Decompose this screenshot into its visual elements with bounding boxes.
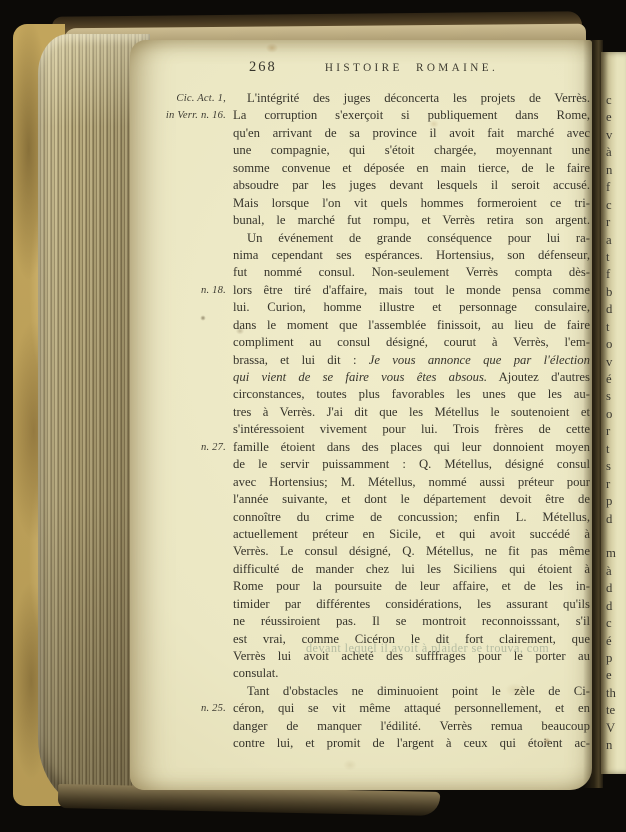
facing-page-letter: r xyxy=(601,476,626,493)
facing-page-letter: c xyxy=(601,615,626,632)
facing-page-letter: s xyxy=(601,458,626,475)
text-line: une compagnie, qui s'étoit chargée, moye… xyxy=(233,142,590,159)
facing-page-letter: c xyxy=(601,197,626,214)
running-title: HISTOIRE ROMAINE. xyxy=(233,58,590,74)
facing-page-letter: a xyxy=(601,232,626,249)
text-line: n. 25.céron, qui se vit même attaqué per… xyxy=(233,700,590,717)
gutter-shadow xyxy=(583,40,603,788)
facing-page-letter: e xyxy=(601,109,626,126)
facing-page-letter: te xyxy=(601,702,626,719)
text-line: s'intéressoient vivement pour lui. Trois… xyxy=(233,421,590,438)
margin-note: Cic. Act. 1, xyxy=(176,90,226,107)
text-line: brassa, et lui dit : Je vous annonce que… xyxy=(233,352,590,369)
text-line: compliment au consul désigné, courut à V… xyxy=(233,334,590,351)
facing-page-letter: r xyxy=(601,423,626,440)
facing-page-letter: v xyxy=(601,354,626,371)
facing-page-letter: f xyxy=(601,266,626,283)
facing-page-letter xyxy=(601,528,626,545)
text-line: nima cependant ses espérances. Hortensiu… xyxy=(233,247,590,264)
text-line: lui. Curion, homme illustre et personnag… xyxy=(233,299,590,316)
page-number: 268 xyxy=(249,59,277,76)
margin-note: n. 18. xyxy=(201,282,226,299)
text-line: absoudre par les juges devant lesquels i… xyxy=(233,177,590,194)
page-header: 268 HISTOIRE ROMAINE. xyxy=(233,58,590,80)
text-line: tres à Verrès. J'ai dit que les Métellus… xyxy=(233,404,590,421)
facing-page-letter: n xyxy=(601,162,626,179)
text-line: Rome pour la poursuite de leur affaire, … xyxy=(233,578,590,595)
facing-page-sliver: cevànfcratfbdtovésortsrpdmàddcépethteVn xyxy=(601,52,626,774)
text-line: ne réussiroient pas. Il se montroit reco… xyxy=(233,613,590,630)
text-line: n. 27.famille étoient dans des places qu… xyxy=(233,439,590,456)
facing-page-letter: o xyxy=(601,336,626,353)
text-line: fut nommé consul. Non-seulement Verrès c… xyxy=(233,264,590,281)
facing-page-letter: V xyxy=(601,720,626,737)
text-line: consulat. xyxy=(233,665,590,682)
text-line: bunal, le marché fut rompu, et Verrès re… xyxy=(233,212,590,229)
facing-page-letter: th xyxy=(601,685,626,702)
facing-page-letter: e xyxy=(601,667,626,684)
text-line: l'année suivante, et dont le département… xyxy=(233,491,590,508)
text-line: Verrès. Le consul désigné, Q. Métellus, … xyxy=(233,543,590,560)
text-line: avec Hortensius; M. Métellus, nommé auss… xyxy=(233,474,590,491)
facing-page-letter: t xyxy=(601,441,626,458)
facing-page-letter: d xyxy=(601,511,626,528)
facing-page-letter: à xyxy=(601,144,626,161)
text-line: somme convenue et déposée en main tierce… xyxy=(233,160,590,177)
facing-page-letter: d xyxy=(601,598,626,615)
book-photo: 268 HISTOIRE ROMAINE. Cic. Act. 1,L'inté… xyxy=(0,0,626,832)
margin-note: in Verr. n. 16. xyxy=(166,107,226,124)
facing-page-letter: m xyxy=(601,545,626,562)
show-through-text: devant lequel il avoit à plaider se trou… xyxy=(306,641,549,656)
text-line: circonstances, toutes plus favorables le… xyxy=(233,386,590,403)
facing-page-letter: d xyxy=(601,580,626,597)
facing-page-letter: é xyxy=(601,633,626,650)
text-line: qu'en arrivant de sa province il avoit f… xyxy=(233,125,590,142)
margin-note: n. 25. xyxy=(201,700,226,717)
facing-page-letter: d xyxy=(601,301,626,318)
text-line: Cic. Act. 1,L'intégrité des juges déconc… xyxy=(233,90,590,107)
facing-page-letter: à xyxy=(601,563,626,580)
margin-note: n. 27. xyxy=(201,439,226,456)
facing-page-letter: v xyxy=(601,127,626,144)
facing-page-letter: p xyxy=(601,493,626,510)
text-line: Mais lorsque l'on vit quels hommes forme… xyxy=(233,195,590,212)
facing-page-letter: f xyxy=(601,179,626,196)
facing-page-letter: t xyxy=(601,249,626,266)
facing-page-letter: n xyxy=(601,737,626,754)
text-line: de le servir puissamment : Q. Métellus, … xyxy=(233,456,590,473)
facing-page-letter: o xyxy=(601,406,626,423)
text-line: Un événement de grande conséquence pour … xyxy=(233,230,590,247)
facing-page-letter: é xyxy=(601,371,626,388)
text-line: in Verr. n. 16.La corruption s'exerçoit … xyxy=(233,107,590,124)
text-line: timider par différentes considérations, … xyxy=(233,596,590,613)
facing-page-letter: b xyxy=(601,284,626,301)
text-line: dans le moment que l'assemblée finissoit… xyxy=(233,317,590,334)
facing-page-letter: p xyxy=(601,650,626,667)
text-line: actuellement préteur en Sicile, et qui a… xyxy=(233,526,590,543)
text-line: n. 18.lors être tiré d'affaire, mais tou… xyxy=(233,282,590,299)
facing-page-letter: c xyxy=(601,92,626,109)
text-line: connoître du crime de concussion; enfin … xyxy=(233,509,590,526)
text-line: qui vient de se faire vous êtes absous. … xyxy=(233,369,590,386)
text-line: difficulté de mander chez lui les Sicili… xyxy=(233,561,590,578)
text-line: Tant d'obstacles ne diminuoient point le… xyxy=(233,683,590,700)
facing-page-letter: s xyxy=(601,388,626,405)
text-line: contre lui, et promit de l'argent à ceux… xyxy=(233,735,590,752)
facing-page-letter: r xyxy=(601,214,626,231)
facing-page-letter: t xyxy=(601,319,626,336)
text-line: danger de manquer l'édilité. Verrès remu… xyxy=(233,718,590,735)
